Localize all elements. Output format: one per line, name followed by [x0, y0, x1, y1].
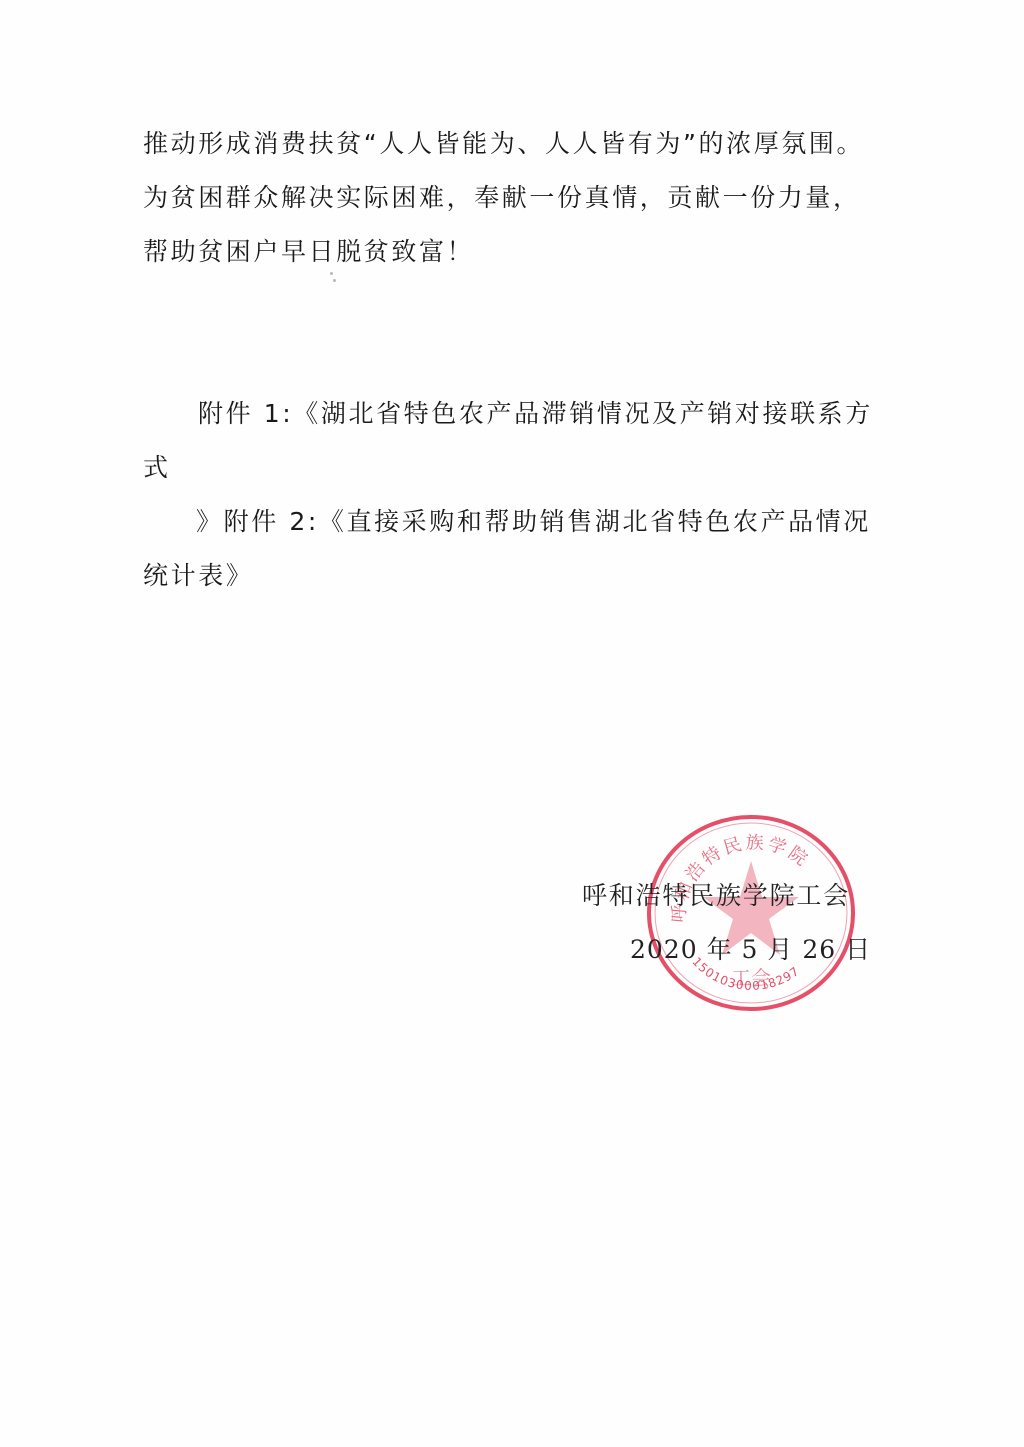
signature-organization: 呼和浩特民族学院工会	[582, 880, 850, 912]
paragraph-line-3: 帮助贫困户早日脱贫致富！	[143, 236, 474, 268]
attachment-1-continuation: 式	[143, 452, 171, 484]
scan-speck	[333, 279, 336, 282]
attachment-1-line: 附件 1:《湖北省特色农产品滞销情况及产销对接联系方	[198, 398, 873, 430]
attachment-2-continuation: 统计表》	[143, 560, 253, 592]
paragraph-line-1: 推动形成消费扶贫“人人皆能为、人人皆有为”的浓厚氛围。	[143, 128, 864, 160]
paragraph-line-2: 为贫困群众解决实际困难，奉献一份真情，贡献一份力量，	[143, 182, 861, 214]
attachment-2-line: 》附件 2:《直接采购和帮助销售湖北省特色农产品情况	[196, 506, 871, 538]
stamp-bottom-text: 工会	[731, 966, 771, 990]
scan-speck	[330, 272, 333, 275]
document-page: 推动形成消费扶贫“人人皆能为、人人皆有为”的浓厚氛围。 为贫困群众解决实际困难，…	[0, 0, 1024, 1447]
signature-date: 2020 年 5 月 26 日	[630, 934, 871, 966]
official-seal-stamp: 呼和浩特民族学院 15010300018297 工会	[645, 813, 857, 1013]
